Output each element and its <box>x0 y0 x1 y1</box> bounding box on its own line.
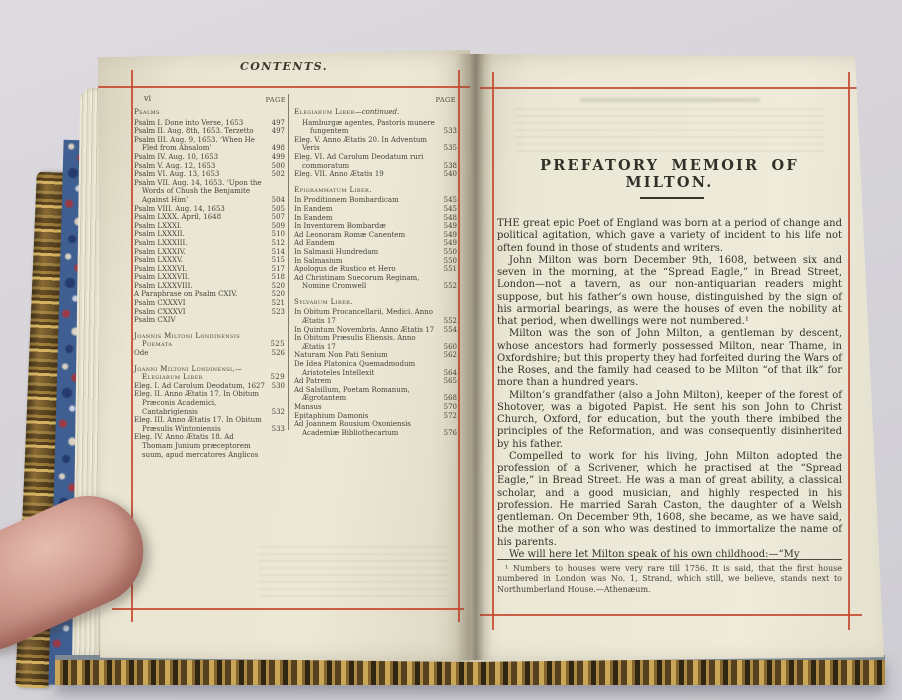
contents-entry: Apologus de Rustico et Hero551 <box>294 265 458 274</box>
red-rule-top <box>480 87 864 89</box>
contents-section: Joanni Miltoni Londinensi,—Elegiarum Lib… <box>134 365 286 460</box>
entry-title: Psalm I. Done into Verse, 1653 <box>134 119 243 127</box>
entry-page-number: 550 <box>444 248 457 257</box>
entry-page-number: 497 <box>272 119 285 128</box>
entry-title: Joanni Miltoni Londinensi,—Elegiarum Lib… <box>134 365 242 382</box>
contents-entry: Ad Christinam Suecorum Reginam, Nomine C… <box>294 274 458 291</box>
contents-entry: Joannis Miltoni Londinensis Poemata525 <box>134 332 286 349</box>
entry-title: Psalm CXXXVI <box>134 299 186 307</box>
entry-page-number: 548 <box>444 214 457 223</box>
contents-entry: In Eandem545 <box>294 205 458 214</box>
entry-title: Psalm CXIV <box>134 316 176 324</box>
contents-entry: Ad Leonoram Romæ Canentem549 <box>294 231 458 240</box>
contents-entry: Psalm LXXXV.515 <box>134 256 286 265</box>
entry-page-number: 545 <box>444 196 457 205</box>
entry-page-number: 535 <box>444 144 457 153</box>
red-rule-bottom <box>480 614 862 616</box>
entry-title: Ad Christinam Suecorum Reginam, Nomine C… <box>294 274 419 291</box>
entry-title: Apologus de Rustico et Hero <box>294 265 396 273</box>
entry-title: Psalm LXXXIV. <box>134 248 186 256</box>
contents-entry: Psalm VIII. Aug. 14, 1653505 <box>134 205 286 214</box>
memoir-paragraph: John Milton was born December 9th, 1608,… <box>497 255 842 329</box>
entry-title: Psalm VI. Aug. 13, 1653 <box>134 170 219 178</box>
entry-page-number: 518 <box>272 273 285 282</box>
contents-entry: In Obitum Præsulis Eliensis. Anno Ætatis… <box>294 334 458 351</box>
section-heading-continued: —continued. <box>355 108 400 116</box>
red-rule-top <box>96 86 470 88</box>
contents-entry: Psalm VII. Aug. 14, 1653. ‘Upon the Word… <box>134 179 286 205</box>
entry-page-number: 526 <box>272 349 285 358</box>
gutter-shadow <box>456 54 492 660</box>
contents-entry: A Paraphrase on Psalm CXIV.520 <box>134 290 286 299</box>
entry-title: In Eandem <box>294 214 333 222</box>
memoir-paragraph: Compelled to work for his living, John M… <box>497 451 842 549</box>
entry-page-number: 520 <box>272 290 285 299</box>
contents-section: Joannis Miltoni Londinensis Poemata525Od… <box>134 332 286 358</box>
contents-entry: Psalm LXXXVII.518 <box>134 273 286 282</box>
running-head: CONTENTS. <box>98 60 470 73</box>
contents-section: Epigrammatum Liber.In Proditionem Bombar… <box>294 186 458 291</box>
right-page: PREFATORY MEMOIR OF MILTON. THE great ep… <box>470 54 884 662</box>
section-heading: Psalms <box>134 108 286 117</box>
contents-entry: In Proditionem Bombardicam545 <box>294 196 458 205</box>
contents-entry: Psalm CXIV <box>134 316 286 325</box>
entry-page-number: 525 <box>270 340 285 349</box>
contents-entry: Eleg. IV. Anno Ætatis 18. Ad Thomam Juni… <box>134 433 286 459</box>
contents-entry: Ode526 <box>134 349 286 358</box>
entry-title: In Inventorem Bombardæ <box>294 222 386 230</box>
entry-title: In Obitum Procancellarii, Medici. Anno Æ… <box>294 308 433 325</box>
entry-title: Eleg. III. Anno Ætatis 17. In Obitum Præ… <box>134 416 262 433</box>
entry-page-number: 533 <box>444 127 457 136</box>
entry-page-number: 560 <box>444 343 457 352</box>
contents-entry: Psalm III. Aug. 9, 1653. ‘When He Fled f… <box>134 136 286 153</box>
contents-entry: Ad Salsillum, Poetam Romanum, Ægrotantem… <box>294 386 458 403</box>
contents-entry: Hamburgæ agentes, Pastoris munere fungen… <box>294 119 458 136</box>
contents-entry: Eleg. VI. Ad Carolum Deodatum ruri commo… <box>294 153 458 170</box>
entry-page-number: 509 <box>272 222 285 231</box>
entry-title: Ad Salsillum, Poetam Romanum, Ægrotantem <box>294 386 410 403</box>
memoir-body: THE great epic Poet of England was born … <box>497 218 842 561</box>
contents-column-2: Elegiarum Liber—continued.Hamburgæ agent… <box>294 108 458 444</box>
memoir-paragraph: Milton was the son of John Milton, a gen… <box>497 328 842 389</box>
contents-entry: Psalm VI. Aug. 13, 1653502 <box>134 170 286 179</box>
entry-page-number: 530 <box>272 382 285 391</box>
entry-title: Epitaphium Damonis <box>294 412 368 420</box>
contents-entry: In Salmasii Hundredam550 <box>294 248 458 257</box>
contents-entry: In Salmasium550 <box>294 257 458 266</box>
entry-title: De Idea Platonica Quemadmodum Aristotele… <box>294 360 415 377</box>
entry-title: Eleg. IV. Anno Ætatis 18. Ad Thomam Juni… <box>134 433 258 458</box>
page-column-label: PAGE <box>294 96 456 104</box>
contents-entry: In Quintum Novembris. Anno Ætatis 17554 <box>294 326 458 335</box>
contents-section: Sylvarum Liber.In Obitum Procancellarii,… <box>294 298 458 438</box>
entry-title: Ad Joannem Rousium Oxoniensis Academiæ B… <box>294 420 411 437</box>
contents-entry: Epitaphium Damonis572 <box>294 412 458 421</box>
entry-title: Eleg. I. Ad Carolum Deodatum, 1627 <box>134 382 265 390</box>
left-page: CONTENTS. vi PAGE PAGE PsalmsPsalm I. Do… <box>98 50 470 662</box>
red-rule-right <box>848 72 850 630</box>
contents-entry: Ad Patrem565 <box>294 377 458 386</box>
memoir-paragraph: Milton’s grandfather (also a John Milton… <box>497 390 842 451</box>
contents-entry: Psalm LXXXII.510 <box>134 230 286 239</box>
entry-title: Naturam Non Pati Senium <box>294 351 388 359</box>
show-through-heading <box>580 98 760 102</box>
entry-title: Psalm LXXXII. <box>134 230 185 238</box>
entry-title: Eleg. V. Anno Ætatis 20. In Adventum Ver… <box>294 136 427 153</box>
contents-entry: Eleg. III. Anno Ætatis 17. In Obitum Præ… <box>134 416 286 433</box>
entry-title: Psalm CXXXVI <box>134 308 186 316</box>
contents-entry: Psalm I. Done into Verse, 1653497 <box>134 119 286 128</box>
entry-title: Eleg. VII. Anno Ætatis 19 <box>294 170 384 178</box>
contents-section: Elegiarum Liber—continued.Hamburgæ agent… <box>294 108 458 179</box>
entry-page-number: 568 <box>444 394 457 403</box>
entry-title: Mansus <box>294 403 322 411</box>
entry-page-number: 554 <box>444 326 457 335</box>
show-through-text <box>258 546 448 598</box>
entry-page-number: 550 <box>444 257 457 266</box>
contents-entry: Psalm LXXXI.509 <box>134 222 286 231</box>
entry-page-number: 538 <box>444 162 457 171</box>
show-through-text <box>515 108 825 152</box>
entry-title: Ad Patrem <box>294 377 331 385</box>
entry-page-number: 499 <box>272 153 285 162</box>
contents-entry: Psalm LXXXVI.517 <box>134 265 286 274</box>
entry-page-number: 565 <box>444 377 457 386</box>
entry-title: In Salmasii Hundredam <box>294 248 378 256</box>
page-column-label: PAGE <box>134 96 286 104</box>
entry-page-number: 545 <box>444 205 457 214</box>
contents-entry: Eleg. VII. Anno Ætatis 19540 <box>294 170 458 179</box>
entry-page-number: 520 <box>272 282 285 291</box>
section-heading: Elegiarum Liber—continued. <box>294 108 458 117</box>
column-divider <box>288 94 289 430</box>
contents-entry: Joanni Miltoni Londinensi,—Elegiarum Lib… <box>134 365 286 382</box>
entry-page-number: 564 <box>444 369 457 378</box>
title-rule <box>640 197 704 199</box>
entry-title: Eleg. VI. Ad Carolum Deodatum ruri commo… <box>294 153 423 170</box>
entry-page-number: 551 <box>444 265 457 274</box>
footnote: ¹ Numbers to houses were very rare till … <box>497 564 842 595</box>
entry-page-number: 498 <box>272 144 285 153</box>
entry-page-number: 549 <box>444 231 457 240</box>
entry-title: Psalm II. Aug. 8th, 1653. Terzetto <box>134 127 254 135</box>
entry-title: Psalm IV. Aug. 10, 1653 <box>134 153 218 161</box>
entry-title: Psalm LXXXVII. <box>134 273 190 281</box>
entry-title: Psalm LXXX. April, 1648 <box>134 213 221 221</box>
contents-entry: Psalm LXXXVIII.520 <box>134 282 286 291</box>
entry-title: Psalm VII. Aug. 14, 1653. ‘Upon the Word… <box>134 179 262 204</box>
contents-entry: Psalm CXXXVI521 <box>134 299 286 308</box>
entry-page-number: 533 <box>272 425 285 434</box>
entry-title: In Proditionem Bombardicam <box>294 196 399 204</box>
memoir-title: PREFATORY MEMOIR OF MILTON. <box>497 157 842 191</box>
entry-title: Joannis Miltoni Londinensis Poemata <box>134 332 240 349</box>
contents-entry: Psalm LXXX. April, 1648507 <box>134 213 286 222</box>
contents-entry: Psalm CXXXVI523 <box>134 308 286 317</box>
entry-title: In Obitum Præsulis Eliensis. Anno Ætatis… <box>294 334 416 351</box>
book: CONTENTS. vi PAGE PAGE PsalmsPsalm I. Do… <box>0 0 902 700</box>
entry-page-number: 497 <box>272 127 285 136</box>
entry-title: In Eandem <box>294 205 333 213</box>
entry-title: Psalm LXXXVI. <box>134 265 187 273</box>
entry-page-number: 576 <box>444 429 457 438</box>
entry-title: Eleg. II. Anno Ætatis 17. In Obitum Præc… <box>134 390 259 415</box>
entry-title: In Salmasium <box>294 257 343 265</box>
memoir-paragraph: THE great epic Poet of England was born … <box>497 218 842 255</box>
entry-page-number: 532 <box>272 408 285 417</box>
contents-entry: De Idea Platonica Quemadmodum Aristotele… <box>294 360 458 377</box>
entry-title: Ad Eandem <box>294 239 335 247</box>
entry-page-number: 540 <box>444 170 457 179</box>
entry-page-number: 512 <box>272 239 285 248</box>
contents-entry: Ad Joannem Rousium Oxoniensis Academiæ B… <box>294 420 458 437</box>
entry-title: A Paraphrase on Psalm CXIV. <box>134 290 237 298</box>
contents-entry: Mansus570 <box>294 403 458 412</box>
entry-page-number: 515 <box>272 256 285 265</box>
entry-page-number: 517 <box>272 265 285 274</box>
entry-page-number: 562 <box>444 351 457 360</box>
entry-page-number: 549 <box>444 222 457 231</box>
contents-entry: Eleg. I. Ad Carolum Deodatum, 1627530 <box>134 382 286 391</box>
contents-column-1: PsalmsPsalm I. Done into Verse, 1653497P… <box>134 108 286 466</box>
entry-page-number: 514 <box>272 248 285 257</box>
entry-title: Hamburgæ agentes, Pastoris munere fungen… <box>302 119 435 136</box>
contents-entry: Psalm II. Aug. 8th, 1653. Terzetto497 <box>134 127 286 136</box>
contents-entry: In Eandem548 <box>294 214 458 223</box>
entry-title: Psalm LXXXVIII. <box>134 282 193 290</box>
entry-title: Psalm III. Aug. 9, 1653. ‘When He Fled f… <box>134 136 255 153</box>
entry-title: In Quintum Novembris. Anno Ætatis 17 <box>294 326 434 334</box>
contents-entry: Psalm V. Aug. 12, 1653500 <box>134 162 286 171</box>
contents-entry: Psalm LXXXIII.512 <box>134 239 286 248</box>
contents-entry: Psalm LXXXIV.514 <box>134 248 286 257</box>
section-heading: Sylvarum Liber. <box>294 298 458 307</box>
entry-page-number: 504 <box>272 196 285 205</box>
photo-background: CONTENTS. vi PAGE PAGE PsalmsPsalm I. Do… <box>0 0 902 700</box>
entry-title: Psalm LXXXI. <box>134 222 182 230</box>
contents-entry: In Obitum Procancellarii, Medici. Anno Æ… <box>294 308 458 325</box>
red-rule-left <box>492 72 494 630</box>
entry-title: Psalm V. Aug. 12, 1653 <box>134 162 215 170</box>
contents-entry: Eleg. V. Anno Ætatis 20. In Adventum Ver… <box>294 136 458 153</box>
entry-page-number: 529 <box>270 373 285 382</box>
contents-entry: In Inventorem Bombardæ549 <box>294 222 458 231</box>
contents-entry: Psalm IV. Aug. 10, 1653499 <box>134 153 286 162</box>
entry-page-number: 500 <box>272 162 285 171</box>
entry-page-number: 570 <box>444 403 457 412</box>
entry-page-number: 552 <box>444 282 457 291</box>
entry-page-number: 572 <box>444 412 457 421</box>
entry-title: Psalm LXXXIII. <box>134 239 188 247</box>
contents-entry: Eleg. II. Anno Ætatis 17. In Obitum Præc… <box>134 390 286 416</box>
entry-title: Ad Leonoram Romæ Canentem <box>294 231 405 239</box>
entry-page-number: 523 <box>272 308 285 317</box>
entry-page-number: 552 <box>444 317 457 326</box>
entry-title: Psalm VIII. Aug. 14, 1653 <box>134 205 225 213</box>
red-rule-bottom <box>112 608 464 610</box>
section-heading: Epigrammatum Liber. <box>294 186 458 195</box>
contents-entry: Ad Eandem549 <box>294 239 458 248</box>
footnote-rule <box>497 559 842 560</box>
entry-page-number: 505 <box>272 205 285 214</box>
entry-title: Ode <box>134 349 148 357</box>
contents-entry: Naturam Non Pati Senium562 <box>294 351 458 360</box>
contents-section: PsalmsPsalm I. Done into Verse, 1653497P… <box>134 108 286 325</box>
entry-page-number: 502 <box>272 170 285 179</box>
entry-page-number: 521 <box>272 299 285 308</box>
entry-page-number: 507 <box>272 213 285 222</box>
entry-page-number: 510 <box>272 230 285 239</box>
entry-title: Psalm LXXXV. <box>134 256 183 264</box>
entry-page-number: 549 <box>444 239 457 248</box>
